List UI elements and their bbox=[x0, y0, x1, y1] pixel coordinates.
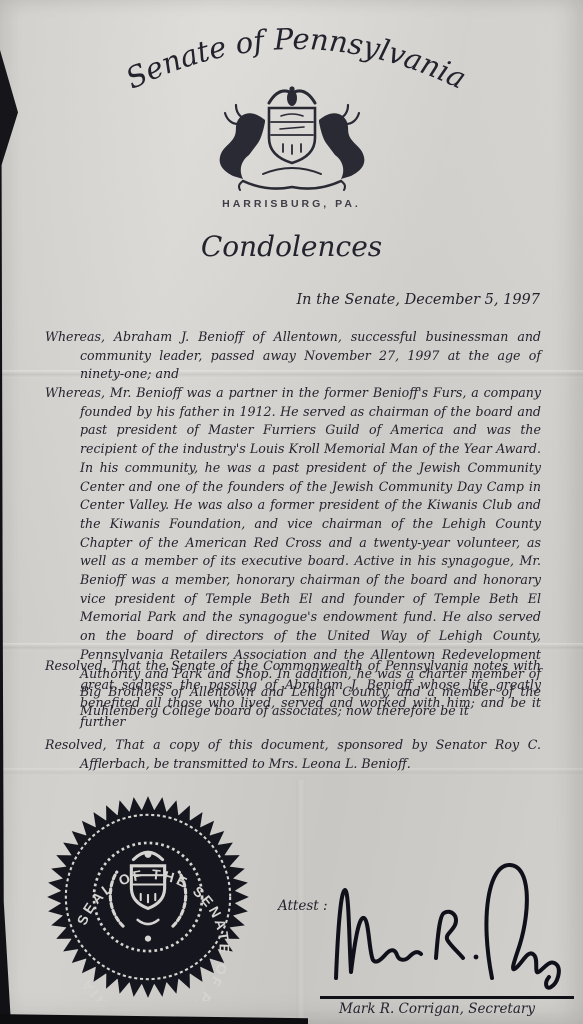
photographed-document: Senate of Pennsylvania bbox=[0, 0, 583, 1024]
resolved-paragraph-1: Resolved, That the Senate of the Commonw… bbox=[45, 657, 541, 732]
senate-seal-icon: SEAL OF THE SENATE OF PENNSYLVANIA bbox=[44, 793, 252, 1001]
pennsylvania-coat-of-arms-icon bbox=[207, 82, 377, 200]
signature-line bbox=[320, 996, 574, 999]
date-line: In the Senate, December 5, 1997 bbox=[296, 292, 540, 308]
letterhead-location: HARRISBURG, PA. bbox=[0, 198, 583, 210]
resolved-paragraph-2: Resolved, That a copy of this document, … bbox=[45, 736, 541, 773]
secretary-signature-icon bbox=[318, 856, 572, 996]
whereas-paragraph-1: Whereas, Abraham J. Benioff of Allentown… bbox=[45, 328, 541, 384]
signer-name: Mark R. Corrigan, Secretary bbox=[322, 1001, 552, 1017]
document-heading: Condolences bbox=[0, 230, 583, 263]
